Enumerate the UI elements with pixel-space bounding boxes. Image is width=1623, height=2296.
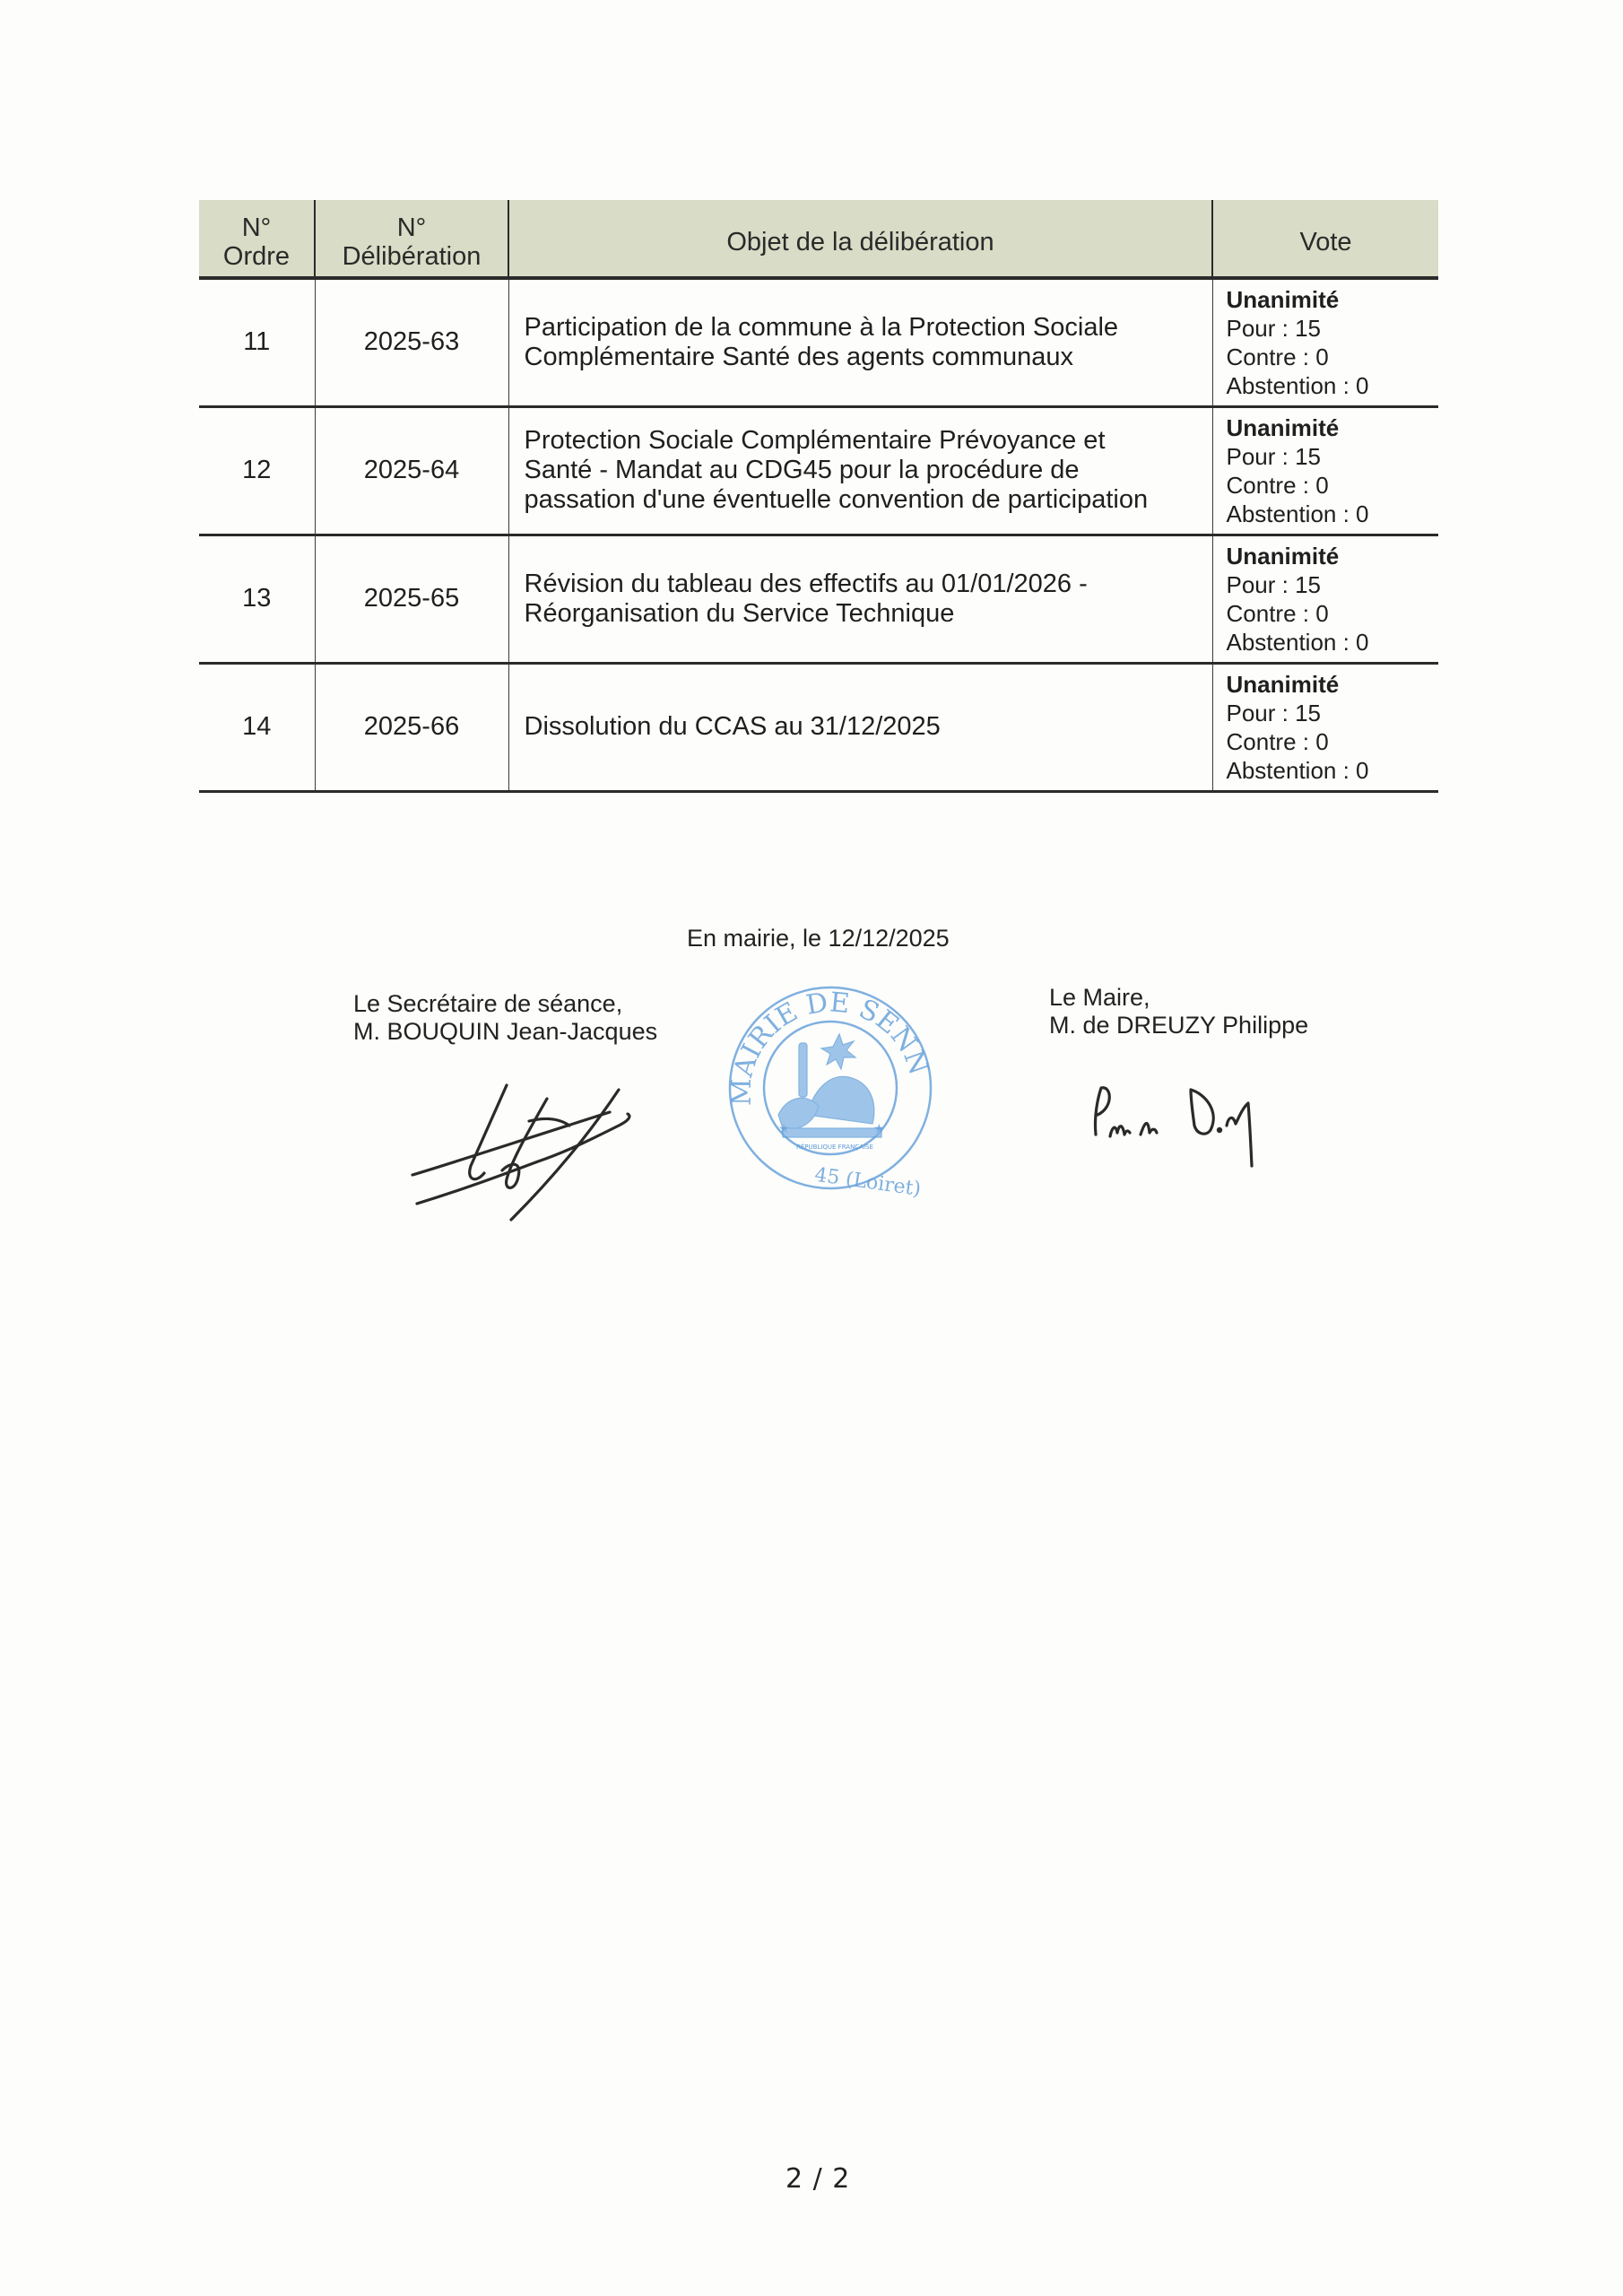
vote-result: Unanimité [1227, 285, 1439, 314]
deliberation-subject: Participation de la commune à la Protect… [508, 278, 1212, 406]
deliberations-table: N° Ordre N° Délibération Objet de la dél… [199, 200, 1438, 793]
vote-cell: Unanimité Pour : 15 Contre : 0 Abstentio… [1212, 535, 1438, 663]
deliberation-subject: Révision du tableau des effectifs au 01/… [508, 535, 1212, 663]
deliberation-number: 2025-63 [315, 278, 508, 406]
vote-abstention: Abstention : 0 [1227, 756, 1439, 785]
table-row: 11 2025-63 Participation de la commune à… [199, 278, 1438, 406]
vote-result: Unanimité [1227, 542, 1439, 570]
deliberation-number: 2025-65 [315, 535, 508, 663]
deliberation-number: 2025-64 [315, 406, 508, 535]
table-row: 12 2025-64 Protection Sociale Complément… [199, 406, 1438, 535]
header-order: N° Ordre [199, 200, 315, 278]
secretary-name: M. BOUQUIN Jean-Jacques [353, 1018, 657, 1046]
header-vote: Vote [1212, 200, 1438, 278]
deliberation-subject: Dissolution du CCAS au 31/12/2025 [508, 663, 1212, 791]
secretary-title: Le Secrétaire de séance, [353, 990, 657, 1018]
subject-line: Complémentaire Santé des agents communau… [525, 343, 1205, 372]
mayor-name: M. de DREUZY Philippe [1049, 1012, 1308, 1039]
table-header-row: N° Ordre N° Délibération Objet de la dél… [199, 200, 1438, 278]
subject-line: Révision du tableau des effectifs au 01/… [525, 570, 1205, 599]
vote-result: Unanimité [1227, 670, 1439, 699]
page-number: 2 / 2 [785, 2163, 850, 2195]
header-subject: Objet de la délibération [508, 200, 1212, 278]
table-row: 13 2025-65 Révision du tableau des effec… [199, 535, 1438, 663]
mairie-stamp-icon: MAIRIE DE SENNELY 45 (Loiret) ★ ★ RÉPUBL… [725, 980, 936, 1196]
deliberation-number: 2025-66 [315, 663, 508, 791]
vote-against: Contre : 0 [1227, 599, 1439, 628]
vote-for: Pour : 15 [1227, 314, 1439, 343]
vote-against: Contre : 0 [1227, 343, 1439, 371]
order-number: 12 [199, 406, 315, 535]
subject-line: passation d'une éventuelle convention de… [525, 485, 1205, 515]
subject-line: Protection Sociale Complémentaire Prévoy… [525, 426, 1205, 456]
vote-abstention: Abstention : 0 [1227, 371, 1439, 400]
deliberation-subject: Protection Sociale Complémentaire Prévoy… [508, 406, 1212, 535]
vote-result: Unanimité [1227, 413, 1439, 442]
order-number: 13 [199, 535, 315, 663]
stamp-bottom-text: 45 (Loiret) [813, 1164, 923, 1201]
header-deliberation: N° Délibération [315, 200, 508, 278]
mayor-signature-icon [1085, 1081, 1264, 1175]
order-number: 14 [199, 663, 315, 791]
secretary-block: Le Secrétaire de séance, M. BOUQUIN Jean… [353, 990, 657, 1046]
mayor-block: Le Maire, M. de DREUZY Philippe [1049, 984, 1308, 1039]
vote-abstention: Abstention : 0 [1227, 628, 1439, 657]
vote-against: Contre : 0 [1227, 727, 1439, 756]
mayor-title: Le Maire, [1049, 984, 1308, 1012]
subject-line: Participation de la commune à la Protect… [525, 313, 1205, 343]
place-date: En mairie, le 12/12/2025 [687, 925, 950, 952]
subject-line: Réorganisation du Service Technique [525, 599, 1205, 629]
secretary-signature-icon [404, 1076, 637, 1211]
vote-for: Pour : 15 [1227, 699, 1439, 727]
table-row: 14 2025-66 Dissolution du CCAS au 31/12/… [199, 663, 1438, 791]
vote-for: Pour : 15 [1227, 570, 1439, 599]
vote-cell: Unanimité Pour : 15 Contre : 0 Abstentio… [1212, 278, 1438, 406]
vote-abstention: Abstention : 0 [1227, 500, 1439, 528]
vote-cell: Unanimité Pour : 15 Contre : 0 Abstentio… [1212, 663, 1438, 791]
vote-against: Contre : 0 [1227, 471, 1439, 500]
subject-line: Santé - Mandat au CDG45 pour la procédur… [525, 456, 1205, 485]
vote-for: Pour : 15 [1227, 442, 1439, 471]
order-number: 11 [199, 278, 315, 406]
stamp-caption: RÉPUBLIQUE FRANÇAISE [796, 1143, 873, 1151]
vote-cell: Unanimité Pour : 15 Contre : 0 Abstentio… [1212, 406, 1438, 535]
subject-line: Dissolution du CCAS au 31/12/2025 [525, 712, 1205, 742]
